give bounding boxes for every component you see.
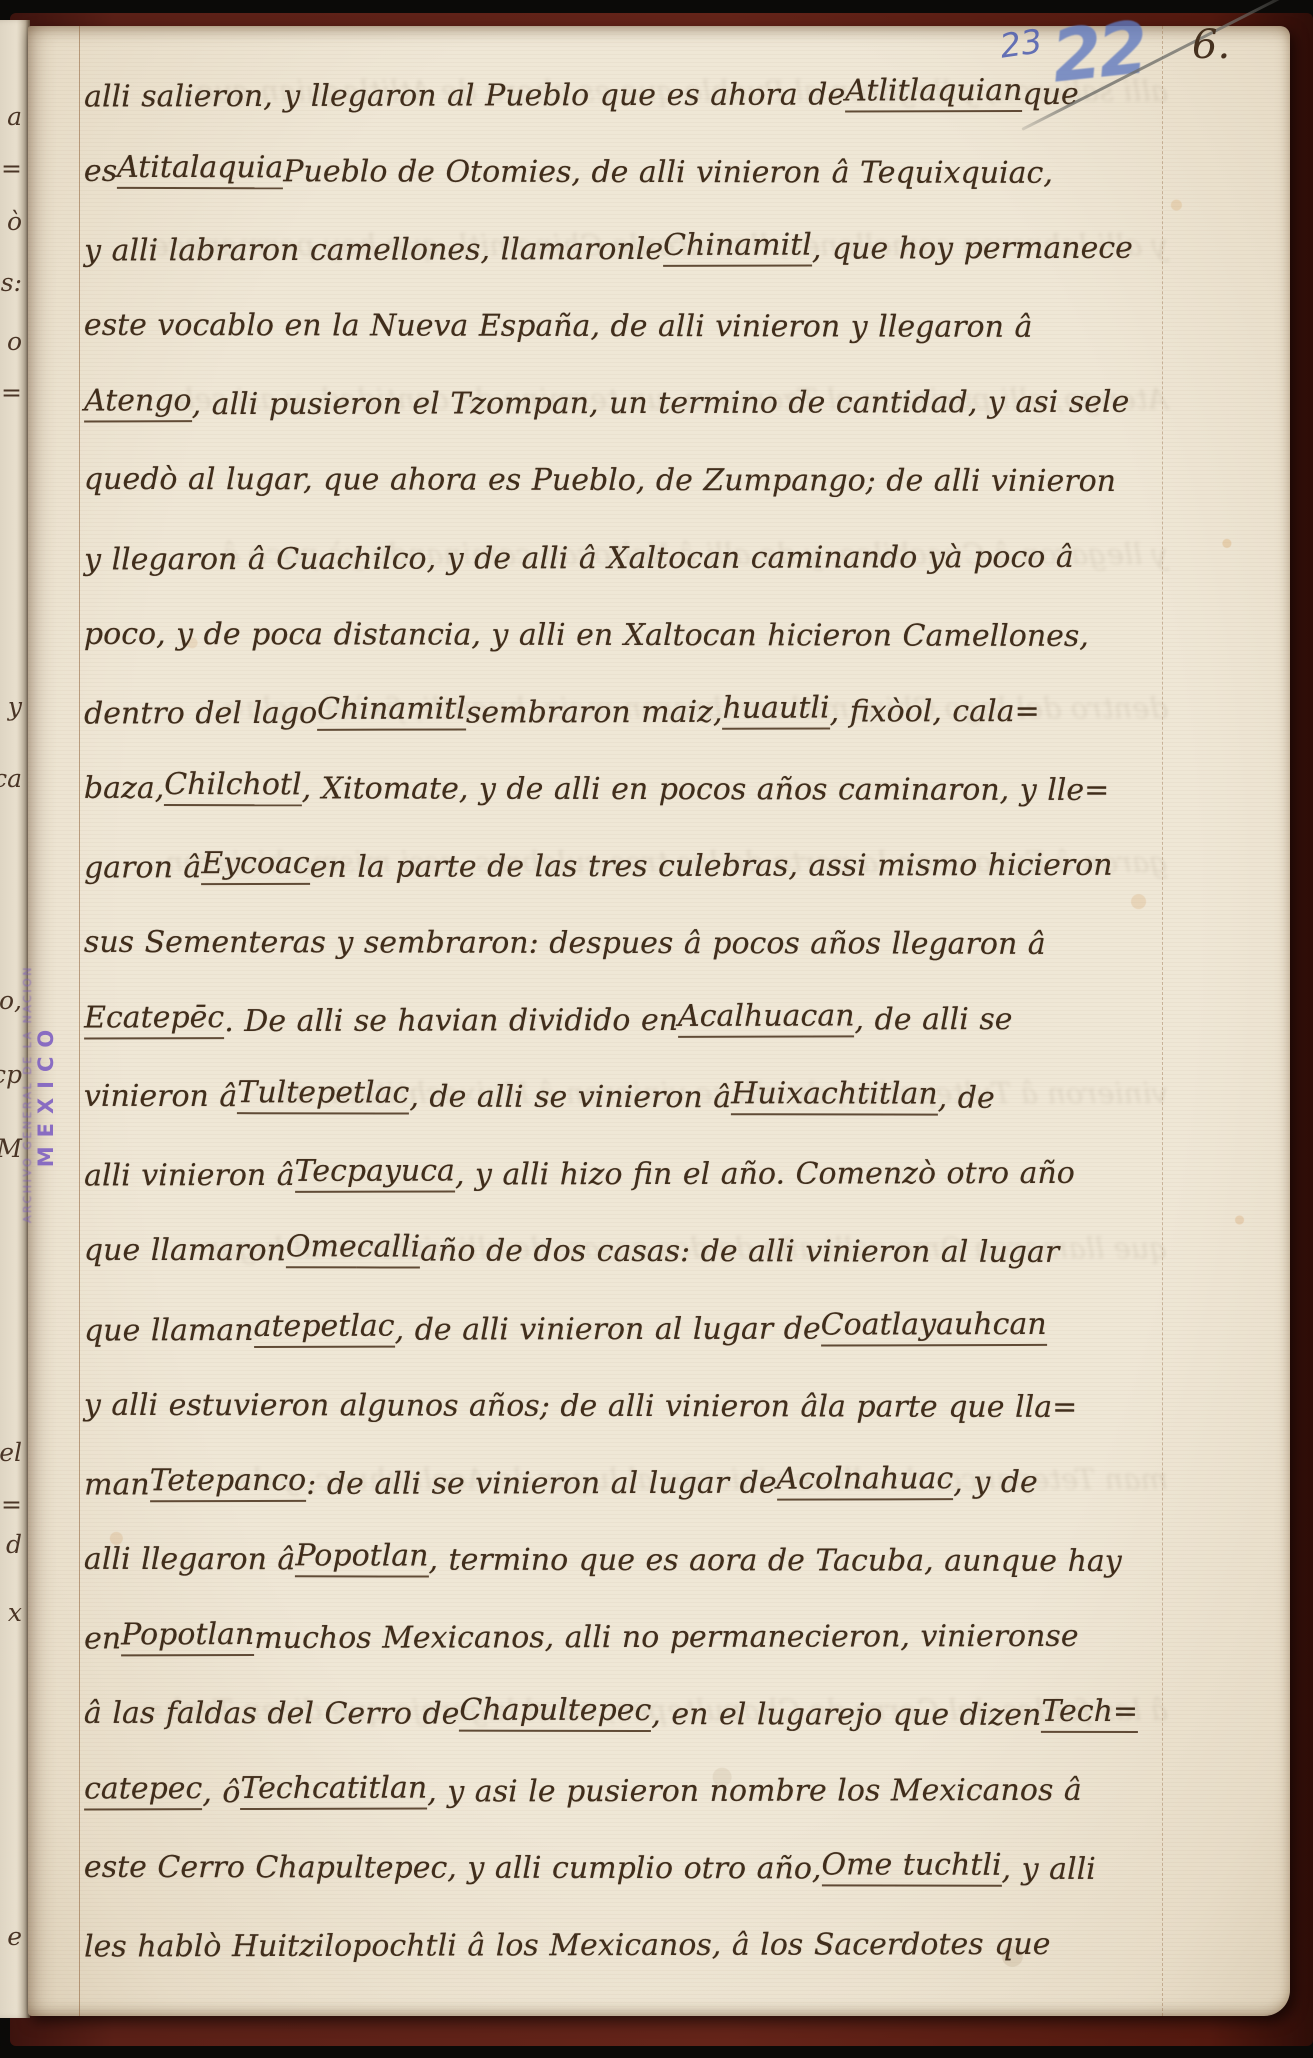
manuscript-line-22: â las faldas del Cerro de Chapultepec, e…: [84, 1654, 1194, 1733]
underlined-word: Tultepetlac: [237, 1075, 409, 1114]
underlined-word: Popotlan: [121, 1617, 254, 1656]
text-segment: este Cerro Chapultepec, y alli cumplio o…: [84, 1850, 822, 1887]
facing-page-text-fragment: ò: [0, 207, 22, 236]
manuscript-line-12: sus Sementeras y sembraron: despues â po…: [84, 883, 1194, 962]
text-segment: quedò al lugar, que ahora es Pueblo, de …: [84, 462, 1116, 499]
folio-number-blue-small: 23: [997, 21, 1044, 65]
underlined-word: Acolnahuac: [777, 1461, 954, 1500]
text-segment: man: [84, 1467, 150, 1502]
underlined-word: Eycoac: [201, 846, 310, 885]
underlined-word: Ecatepēc: [84, 1000, 224, 1039]
manuscript-line-17: que llaman atepetlac, de alli vinieron a…: [84, 1268, 1194, 1348]
text-segment: alli llegaron â: [84, 1542, 295, 1577]
facing-page-text-fragment: d: [0, 1530, 22, 1559]
underlined-word: Acalhuacan: [678, 999, 855, 1038]
folio-number-ink: 6.: [1192, 22, 1230, 68]
underlined-word: catepec: [84, 1771, 202, 1810]
underlined-word: Tecpayuca: [295, 1154, 455, 1193]
text-segment: , Xitomate, y de alli en pocos años cami…: [302, 771, 1110, 808]
text-segment: , y alli hizo fin el año. Comenzò otro a…: [455, 1156, 1075, 1193]
text-segment: , ô: [202, 1775, 240, 1810]
manuscript-line-9: dentro del lago Chinamitl sembraron maiz…: [84, 651, 1194, 731]
text-segment: sus Sementeras y sembraron: despues â po…: [84, 925, 1046, 962]
facing-page-text-fragment: o: [0, 327, 22, 356]
text-segment: , y alli: [1002, 1852, 1096, 1887]
facing-page-text-fragment: M: [0, 1134, 22, 1163]
manuscript-line-7: y llegaron â Cuachilco, y de alli â Xalt…: [84, 497, 1194, 577]
text-segment: les hablò Huitzilopochtli â los Mexicano…: [84, 1927, 1051, 1965]
text-segment: â las faldas del Cerro de: [84, 1696, 460, 1732]
underlined-word: Coatlayauhcan: [821, 1307, 1047, 1347]
text-segment: año de dos casas: de alli vinieron al lu…: [420, 1234, 1059, 1270]
folio-number-blue-struck: 22: [1048, 5, 1148, 98]
manuscript-line-24: este Cerro Chapultepec, y alli cumplio o…: [84, 1808, 1194, 1887]
manuscript-line-18: y alli estuvieron algunos años; de alli …: [84, 1345, 1194, 1424]
manuscript-line-3: y alli labraron camellones, llamaronle C…: [84, 189, 1194, 269]
manuscript-line-19: man Tetepanco: de alli se vinieron al lu…: [84, 1422, 1194, 1502]
underlined-word: Chinamitl: [663, 228, 812, 267]
manuscript-line-25: les hablò Huitzilopochtli â los Mexicano…: [84, 1885, 1194, 1965]
facing-page-text-fragment: el: [0, 1438, 22, 1467]
underlined-word: Tetepanco: [150, 1463, 307, 1502]
text-segment: muchos Mexicanos, alli no permanecieron,…: [254, 1619, 1078, 1656]
archive-stamp: ARCHIVO GENERAL DE LA NACION MEXICO: [21, 919, 65, 1269]
text-segment: , y de: [953, 1465, 1038, 1500]
underlined-word: Techcatitlan: [240, 1771, 427, 1810]
text-segment: , de alli se: [854, 1002, 1012, 1037]
manuscript-line-6: quedò al lugar, que ahora es Pueblo, de …: [84, 420, 1194, 499]
text-segment: Pueblo de Otomies, de alli vinieron â Te…: [283, 154, 1053, 191]
text-segment: : de alli se vinieron al lugar de: [306, 1465, 776, 1501]
text-segment: sembraron maiz,: [466, 695, 723, 731]
facing-page-text-fragment: o,: [0, 986, 22, 1015]
manuscript-line-14: vinieron â Tultepetlac, de alli se vinie…: [84, 1037, 1194, 1116]
facing-page-text-fragment: l=: [0, 1490, 22, 1519]
text-segment: alli vinieron â: [84, 1158, 295, 1194]
underlined-word: Huixachtitlan: [731, 1077, 938, 1116]
manuscript-lines: alli salieron, y llegaron al Pueblo que …: [84, 36, 1194, 1963]
manuscript-line-10: baza, Chilchotl, Xitomate, y de alli en …: [84, 729, 1194, 808]
text-segment: , y asi le pusieron nombre los Mexicanos…: [427, 1773, 1082, 1810]
scanned-manuscript-photo: a=òis:o=ycao,cpMell=dxe alli salieron, y…: [0, 0, 1313, 2058]
facing-page-text-fragment: a: [0, 102, 22, 131]
underlined-word: Atengo: [84, 384, 192, 423]
text-segment: que llaman: [84, 1313, 254, 1348]
underlined-word: Popotlan: [295, 1538, 428, 1577]
manuscript-line-5: Atengo, alli pusieron el Tzompan, un ter…: [84, 343, 1194, 423]
manuscript-line-15: alli vinieron â Tecpayuca, y alli hizo f…: [84, 1114, 1194, 1194]
underlined-word: atepetlac: [254, 1308, 395, 1347]
text-segment: en la parte de las tres culebras, assi m…: [310, 848, 1113, 885]
manuscript-line-21: en Popotlan muchos Mexicanos, alli no pe…: [84, 1576, 1194, 1656]
facing-page-text-fragment: y: [0, 692, 22, 721]
underlined-word: Chinamitl: [317, 691, 466, 730]
text-segment: poco, y de poca distancia, y alli en Xal…: [84, 617, 1089, 654]
text-segment: , termino que es aora de Tacuba, aunque …: [428, 1542, 1121, 1578]
text-segment: es: [84, 154, 117, 189]
manuscript-line-23: catepec, ô Techcatitlan, y asi le pusier…: [84, 1731, 1194, 1811]
text-segment: garon â: [84, 850, 201, 885]
manuscript-page: alli salieron, y llegaron al Pueblo que …: [28, 26, 1290, 2016]
manuscript-line-20: alli llegaron â Popotlan, termino que es…: [84, 1500, 1194, 1579]
underlined-word: Ome: [286, 1230, 357, 1269]
text-segment: , de alli vinieron al lugar de: [395, 1311, 821, 1347]
manuscript-line-4: este vocablo en la Nueva España, de alli…: [84, 266, 1194, 345]
manuscript-line-13: Ecatepēc. De alli se havian dividido en …: [84, 960, 1194, 1040]
text-segment: . De alli se havian dividido en: [224, 1003, 678, 1039]
text-segment: en: [84, 1621, 121, 1656]
text-segment: y alli labraron camellones, llamaronle: [84, 232, 663, 269]
manuscript-line-16: que llamaron Ome calli año de dos casas:…: [84, 1191, 1194, 1270]
text-segment: , fixòol, cala=: [830, 694, 1040, 730]
text-segment: , en el lugarejo que dizen: [651, 1697, 1041, 1733]
underlined-word: calli: [357, 1230, 421, 1269]
underlined-word: Chapultepec: [459, 1693, 651, 1732]
text-segment: y llegaron â Cuachilco, y de alli â Xalt…: [84, 540, 1074, 578]
text-segment: que llamaron: [84, 1233, 286, 1268]
underlined-word: Tech=: [1041, 1694, 1138, 1733]
text-segment: , de alli se vinieron â: [409, 1080, 731, 1116]
archive-stamp-large-text: MEXICO: [34, 1021, 58, 1168]
underlined-word: Atitalaquia: [117, 150, 283, 189]
facing-page-text-fragment: is:: [0, 268, 22, 297]
text-segment: este vocablo en la Nueva España, de alli…: [84, 308, 1032, 345]
facing-page-text-fragment: =: [0, 154, 22, 183]
text-segment: dentro del lago: [84, 696, 317, 732]
archive-stamp-small-text: ARCHIVO GENERAL DE LA NACION: [21, 965, 34, 1223]
manuscript-line-8: poco, y de poca distancia, y alli en Xal…: [84, 574, 1194, 653]
underlined-word: Chilchotl: [164, 767, 301, 806]
text-segment: , alli pusieron el Tzompan, un termino d…: [192, 385, 1130, 422]
text-segment: vinieron â: [84, 1079, 237, 1114]
text-segment: alli salieron, y llegaron al Pueblo que …: [84, 78, 845, 115]
facing-page-text-fragment: e: [0, 1922, 22, 1951]
underlined-word: Ome tuchtli: [821, 1848, 1001, 1887]
facing-page-text-fragment: x: [0, 1598, 22, 1627]
manuscript-line-11: garon â Eycoac en la parte de las tres c…: [84, 805, 1194, 885]
facing-page-text-fragment: ca: [0, 764, 22, 793]
underlined-word: Atlitlaquian: [845, 73, 1022, 112]
text-segment: , que hoy permanece: [812, 231, 1133, 267]
facing-page-text-fragment: cp: [0, 1060, 22, 1089]
underlined-word: huautli: [722, 690, 829, 729]
text-segment: y alli estuvieron algunos años; de alli …: [84, 1388, 1077, 1425]
text-segment: baza,: [84, 771, 164, 806]
facing-page-text-fragment: =: [0, 378, 22, 407]
text-segment: , de: [938, 1081, 995, 1116]
